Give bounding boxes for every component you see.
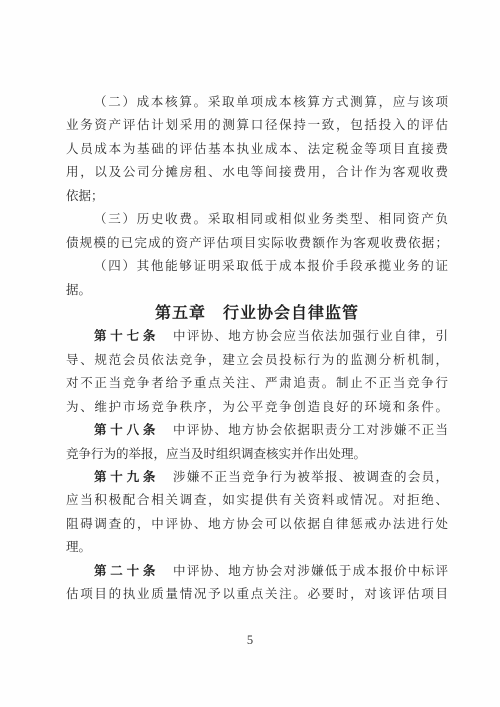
- text-line: 理。: [66, 536, 448, 559]
- article-number: 第十九条: [94, 470, 159, 484]
- text-run: 中评协、地方协会对涉嫌低于成本报价中标评: [159, 564, 448, 578]
- text-run: 业务资产评估计划采用的测算口径保持一致，包括投入的评估: [66, 118, 448, 132]
- text-line: 应当积极配合相关调查，如实提供有关资料或情况。对拒绝、: [66, 489, 448, 512]
- text-run: 人员成本为基础的评估基本执业成本、法定税金等项目直接费: [66, 142, 448, 156]
- text-run: 为、维护市场竞争秩序，为公平竞争创造良好的环境和条件。: [66, 400, 448, 414]
- text-line: 第十九条 涉嫌不正当竞争行为被举报、被调查的会员，: [66, 466, 448, 489]
- text-line: 对不正当竞争者给予重点关注、严肃追责。制止不正当竞争行: [66, 372, 448, 395]
- text-run: 对不正当竞争者给予重点关注、严肃追责。制止不正当竞争行: [66, 376, 448, 390]
- text-line: 业务资产评估计划采用的测算口径保持一致，包括投入的评估: [66, 114, 448, 137]
- document-page: （二）成本核算。采取单项成本核算方式测算，应与该项业务资产评估计划采用的测算口径…: [0, 0, 500, 707]
- text-line: 第十八条 中评协、地方协会依据职责分工对涉嫌不正当: [66, 419, 448, 442]
- article-number: 第十八条: [94, 423, 159, 437]
- text-line: 阻碍调查的，中评协、地方协会可以依据自律惩戒办法进行处: [66, 513, 448, 536]
- text-line: （四）其他能够证明采取低于成本报价手段承揽业务的证: [66, 255, 448, 278]
- text-line: 人员成本为基础的评估基本执业成本、法定税金等项目直接费: [66, 138, 448, 161]
- text-run: （三）历史收费。采取相同或相似业务类型、相同资产负: [94, 212, 448, 226]
- text-line: 依据；: [66, 185, 448, 208]
- text-line: 用，以及公司分摊房租、水电等间接费用，合计作为客观收费: [66, 161, 448, 184]
- document-body: （二）成本核算。采取单项成本核算方式测算，应与该项业务资产评估计划采用的测算口径…: [66, 91, 448, 607]
- chapter-heading-text: 第五章 行业协会自律监管: [155, 305, 359, 322]
- text-line: （三）历史收费。采取相同或相似业务类型、相同资产负: [66, 208, 448, 231]
- text-line: 为、维护市场竞争秩序，为公平竞争创造良好的环境和条件。: [66, 396, 448, 419]
- text-run: 阻碍调查的，中评协、地方协会可以依据自律惩戒办法进行处: [66, 517, 448, 531]
- article-number: 第二十条: [94, 564, 159, 578]
- text-line: 第二十条 中评协、地方协会对涉嫌低于成本报价中标评: [66, 560, 448, 583]
- text-line: 竞争行为的举报，应当及时组织调查核实并作出处理。: [66, 443, 448, 466]
- text-run: 中评协、地方协会依据职责分工对涉嫌不正当: [159, 423, 448, 437]
- text-run: 据。: [66, 283, 91, 297]
- text-line: 据。: [66, 279, 448, 302]
- text-line: （二）成本核算。采取单项成本核算方式测算，应与该项: [66, 91, 448, 114]
- text-run: 估项目的执业质量情况予以重点关注。必要时，对该评估项目: [66, 587, 448, 601]
- text-run: 中评协、地方协会应当依法加强行业自律，引: [159, 329, 448, 343]
- article-number: 第十七条: [94, 329, 159, 343]
- text-run: 导、规范会员依法竞争，建立会员投标行为的监测分析机制，: [66, 353, 448, 367]
- page-number-label: 5: [0, 633, 500, 648]
- text-run: 涉嫌不正当竞争行为被举报、被调查的会员，: [159, 470, 448, 484]
- text-line: 导、规范会员依法竞争，建立会员投标行为的监测分析机制，: [66, 349, 448, 372]
- text-run: 用，以及公司分摊房租、水电等间接费用，合计作为客观收费: [66, 165, 448, 179]
- text-run: （四）其他能够证明采取低于成本报价手段承揽业务的证: [94, 259, 448, 273]
- text-run: 债规模的已完成的资产评估项目实际收费额作为客观收费依据；: [66, 236, 448, 250]
- text-run: （二）成本核算。采取单项成本核算方式测算，应与该项: [94, 95, 448, 109]
- text-line: 债规模的已完成的资产评估项目实际收费额作为客观收费依据；: [66, 232, 448, 255]
- text-line: 第十七条 中评协、地方协会应当依法加强行业自律，引: [66, 325, 448, 348]
- text-line: 估项目的执业质量情况予以重点关注。必要时，对该评估项目: [66, 583, 448, 606]
- text-run: 理。: [66, 540, 91, 554]
- text-run: 竞争行为的举报，应当及时组织调查核实并作出处理。: [66, 447, 366, 461]
- text-run: 依据；: [66, 189, 104, 203]
- text-run: 应当积极配合相关调查，如实提供有关资料或情况。对拒绝、: [66, 493, 448, 507]
- chapter-heading: 第五章 行业协会自律监管: [66, 302, 448, 325]
